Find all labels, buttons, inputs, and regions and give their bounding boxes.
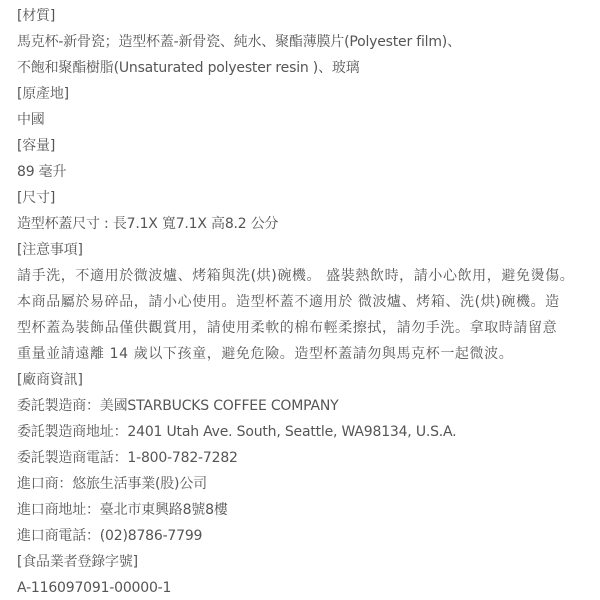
importer-name: 進口商：悠旅生活事業(股)公司 [17,471,597,497]
importer-phone: 進口商電話：(02)8786-7799 [17,523,597,549]
notes-line-1: 請手洗，不適用於微波爐、烤箱與洗(烘)碗機。 盛裝熱飲時，請小心飲用，避免燙傷。 [17,263,597,289]
manufacturer-phone: 委託製造商電話：1-800-782-7282 [17,445,597,471]
origin-heading: [原產地] [17,81,597,107]
capacity-value: 89 毫升 [17,159,597,185]
material-line-1: 馬克杯-新骨瓷；造型杯蓋-新骨瓷、純水、聚酯薄膜片(Polyester film… [17,29,597,55]
registration-heading: [食品業者登錄字號] [17,549,597,575]
capacity-heading: [容量] [17,133,597,159]
material-line-2: 不飽和聚酯樹脂(Unsaturated polyester resin )、玻璃 [17,55,597,81]
material-heading: [材質] [17,3,597,29]
notes-heading: [注意事項] [17,237,597,263]
size-heading: [尺寸] [17,185,597,211]
notes-line-4: 重量並請遠離 14 歲以下孩童，避免危險。造型杯蓋請勿與馬克杯一起微波。 [17,341,597,367]
notes-line-2: 本商品屬於易碎品，請小心使用。造型杯蓋不適用於 微波爐、烤箱、洗(烘)碗機。造 [17,289,597,315]
product-spec-document: [材質] 馬克杯-新骨瓷；造型杯蓋-新骨瓷、純水、聚酯薄膜片(Polyester… [17,3,597,600]
registration-number: A-116097091-00000-1 [17,575,597,600]
size-value: 造型杯蓋尺寸 : 長7.1X 寬7.1X 高8.2 公分 [17,211,597,237]
importer-address: 進口商地址：臺北市東興路8號8樓 [17,497,597,523]
vendor-heading: [廠商資訊] [17,367,597,393]
manufacturer-name: 委託製造商：美國STARBUCKS COFFEE COMPANY [17,393,597,419]
origin-value: 中國 [17,107,597,133]
notes-line-3: 型杯蓋為裝飾品僅供觀賞用，請使用柔軟的棉布輕柔擦拭，請勿手洗。拿取時請留意 [17,315,597,341]
manufacturer-address: 委託製造商地址：2401 Utah Ave. South, Seattle, W… [17,419,597,445]
